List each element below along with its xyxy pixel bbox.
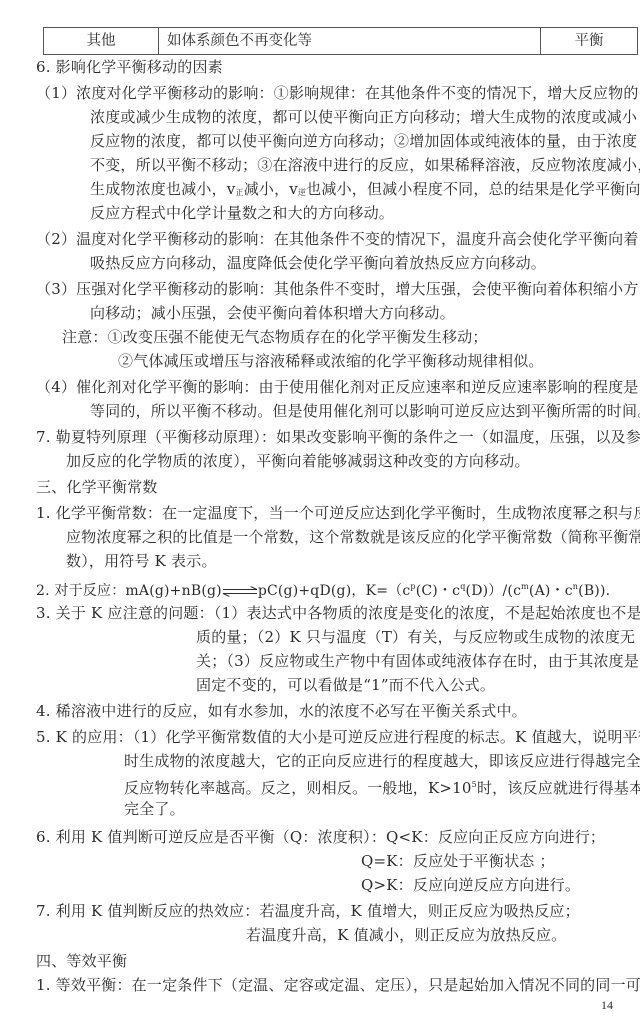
text-span: 生成物浓度也减小，v [90, 180, 235, 198]
paragraph-line: 4. 稀溶液中进行的反应，如有水参加，水的浓度不必写在平衡关系式中。 [36, 701, 527, 721]
paragraph-line: 若温度升高，K 值减小，则正反应为放热反应。 [246, 925, 566, 945]
criteria-table: 其他 如体系颜色不再变化等 平衡 [43, 27, 638, 55]
text-span: (D)）/(c [466, 583, 522, 599]
text-span: 也减小，但减小程度不同，总的结果是化学平衡向 [306, 180, 640, 198]
text-span: 2. 对于反应：mA(g)+nB(g) [36, 583, 222, 599]
paragraph-line: 完全了。 [124, 799, 185, 819]
text-span: (B)). [578, 583, 610, 599]
paragraph-line: 数），用符号 K 表示。 [66, 551, 217, 571]
paragraph-line: 5. K 的应用：（1）化学平衡常数值的大小是可逆反应进行程度的标志。K 值越大… [36, 727, 640, 747]
paragraph-line: 不变，所以平衡不移动；③在溶液中进行的反应，如果稀释溶液，反应物浓度减小， [90, 155, 640, 175]
text-span: (C)・c [416, 583, 460, 599]
exponent: m [521, 582, 529, 591]
text-span: 减小，v [244, 180, 298, 198]
paragraph-line: 生成物浓度也减小，v正减小，v逆也减小，但减小程度不同，总的结果是化学平衡向 [90, 179, 640, 203]
paragraph-line: 加反应的化学物质的浓度），平衡向着能够减弱这种改变的方向移动。 [66, 451, 530, 471]
paragraph-line: 7. 利用 K 值判断反应的热效应：若温度升高，K 值增大，则正反应为吸热反应； [36, 901, 580, 921]
paragraph-line: Q>K：反应向逆反应方向进行。 [361, 875, 580, 895]
paragraph-line: （3）压强对化学平衡移动的影响：其他条件不变时，增大压强，会使平衡向着体积缩小方 [36, 279, 639, 299]
paragraph-line: Q=K：反应处于平衡状态 ； [361, 851, 555, 871]
text-span: 反应物转化率越高。反之，则相反。一般地，K>10 [124, 779, 472, 797]
paragraph-line: 7. 勒夏特列原理（平衡移动原理）：如果改变影响平衡的条件之一（如温度，压强，以… [36, 427, 640, 447]
paragraph-line: 吸热反应方向移动，温度降低会使化学平衡向着放热反应方向移动。 [90, 253, 546, 273]
paragraph-line: （4）催化剂对化学平衡的影响：由于使用催化剂对正反应速率和逆反应速率影响的程度是 [36, 377, 639, 397]
paragraph-line: 固定不变的，可以看做是“1”而不代入公式。 [196, 675, 495, 695]
paragraph-line: 1. 化学平衡常数：在一定温度下，当一个可逆反应达到化学平衡时，生成物浓度幂之积… [36, 503, 640, 523]
paragraph-line: 浓度或减少生成物的浓度，都可以使平衡向正方向移动；增大生成物的浓度或减小 [90, 107, 637, 127]
text-span: (A)・c [529, 583, 573, 599]
reversible-arrow-icon [223, 586, 257, 596]
text-span: pC(g)+qD(g)，K=（c [258, 583, 411, 599]
document-page: 其他 如体系颜色不再变化等 平衡 6. 影响化学平衡移动的因素 （1）浓度对化学… [0, 0, 640, 1019]
note-line: ②气体减压或增压与溶液稀释或浓缩的化学平衡移动规律相似。 [118, 351, 544, 371]
paragraph-line: 1. 等效平衡：在一定条件下（定温、定容或定温、定压），只是起始加入情况不同的同… [36, 975, 640, 995]
paragraph-line: 6. 利用 K 值判断可逆反应是否平衡（Q：浓度积）：Q<K：反应向正反应方向进… [36, 827, 605, 847]
table-cell-result: 平衡 [541, 28, 638, 55]
equilibrium-formula: 2. 对于反应：mA(g)+nB(g)pC(g)+qD(g)，K=（cp(C)・… [36, 577, 610, 601]
table-cell-category: 其他 [44, 28, 159, 55]
paragraph-line: 反应方程式中化学计量数之和大的方向移动。 [90, 203, 394, 223]
page-number: 14 [601, 998, 613, 1013]
text-span: 时，该反应就进行得基本 [477, 779, 640, 797]
paragraph-line: （1）浓度对化学平衡移动的影响：①影响规律：在其他条件不变的情况下，增大反应物的 [36, 83, 639, 103]
section-heading-3: 三、化学平衡常数 [36, 477, 158, 497]
paragraph-line: 时生成物的浓度越大，它的正向反应进行的程度越大，即该反应进行得越完全， [124, 751, 640, 771]
paragraph-line: 3. 关于 K 应注意的问题：（1）表达式中各物质的浓度是变化的浓度，不是起始浓… [36, 603, 640, 623]
subscript-reverse: 逆 [298, 188, 306, 197]
section-heading-6: 6. 影响化学平衡移动的因素 [36, 57, 223, 77]
paragraph-line: 关；（3）反应物或生产物中有固体或纯液体存在时，由于其浓度是 [196, 651, 639, 671]
paragraph-line: 向移动；减小压强，会使平衡向着体积增大方向移动。 [90, 303, 455, 323]
paragraph-line: 反应物转化率越高。反之，则相反。一般地，K>105时，该反应就进行得基本 [124, 775, 640, 798]
paragraph-line: 应物浓度幂之积的比值是一个常数，这个常数就是该反应的化学平衡常数（简称平衡常 [66, 527, 640, 547]
subscript-forward: 正 [235, 188, 243, 197]
note-line: 注意：①改变压强不能使无气态物质存在的化学平衡发生移动； [62, 327, 488, 347]
table-cell-description: 如体系颜色不再变化等 [159, 28, 541, 55]
table-row: 其他 如体系颜色不再变化等 平衡 [44, 28, 638, 55]
paragraph-line: 质的量；（2）K 只与温度（T）有关，与反应物或生成物的浓度无 [196, 627, 635, 647]
section-heading-4: 四、等效平衡 [36, 951, 127, 971]
paragraph-line: 反应物的浓度，都可以使平衡向逆方向移动；②增加固体或纯液体的量，由于浓度 [90, 131, 637, 151]
paragraph-line: （2）温度对化学平衡移动的影响：在其他条件不变的情况下，温度升高会使化学平衡向着 [36, 229, 639, 249]
paragraph-line: 等同的，所以平衡不移动。但是使用催化剂可以影响可逆反应达到平衡所需的时间。 [90, 401, 640, 421]
